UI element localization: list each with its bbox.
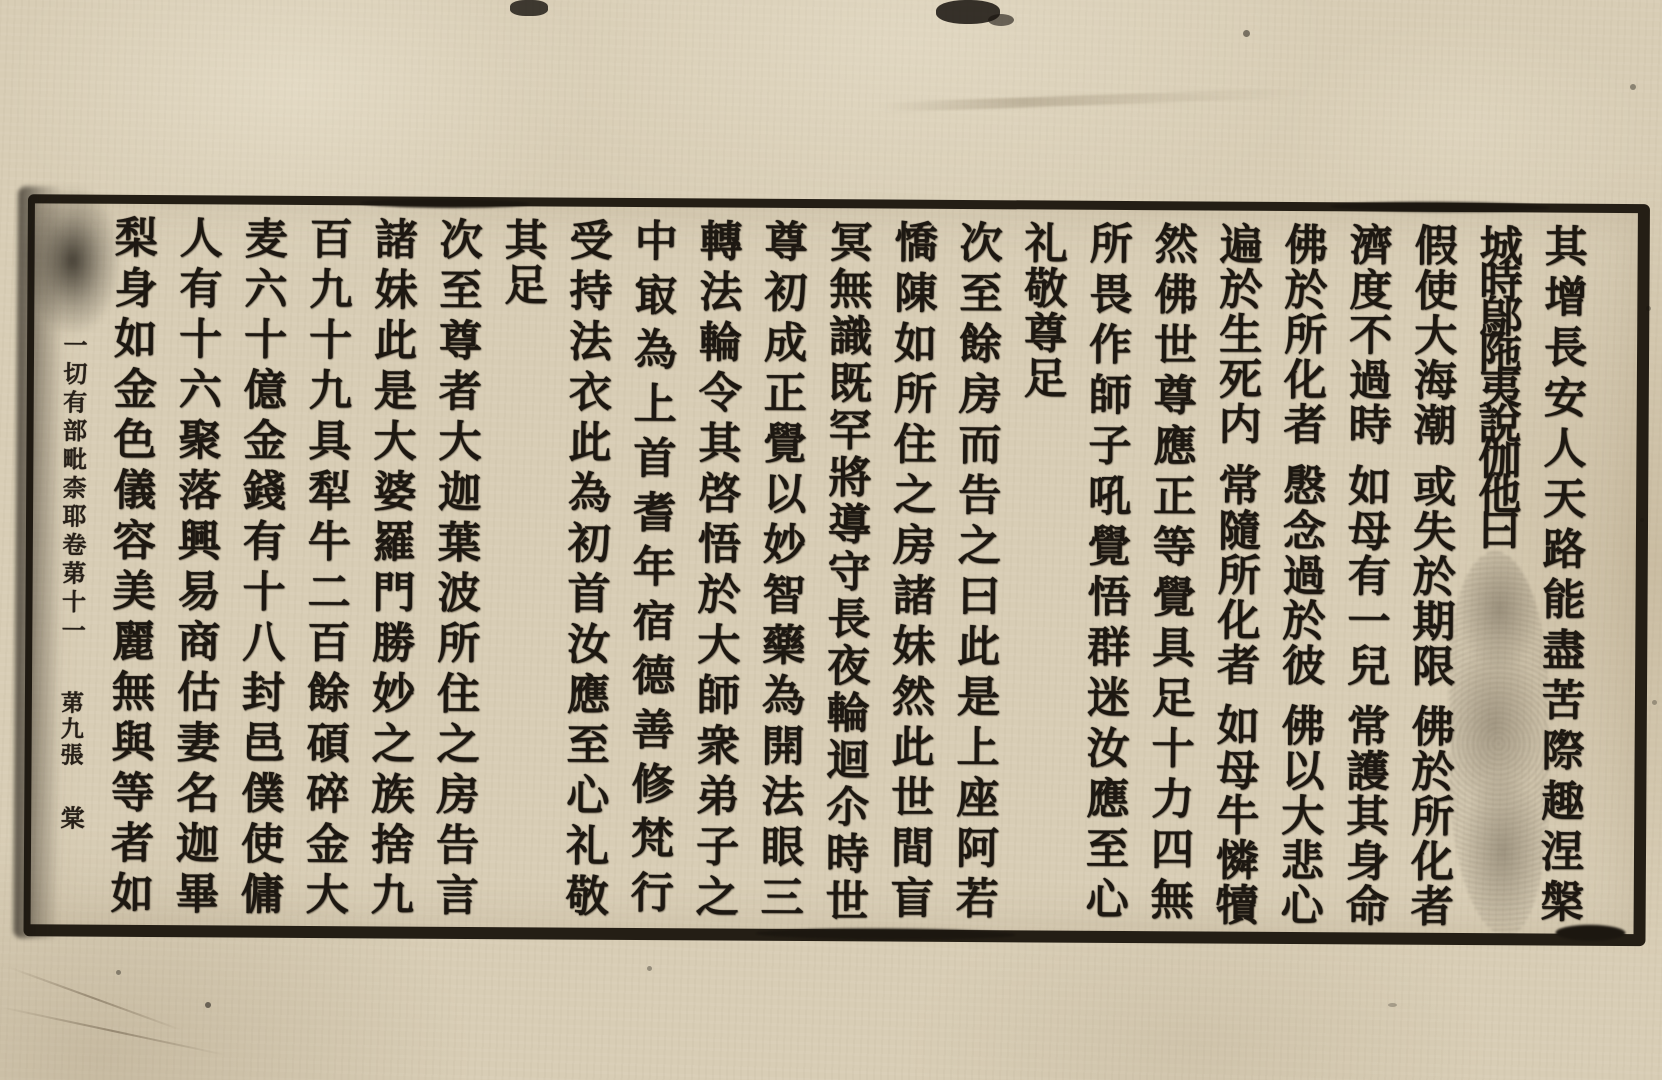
- sutra-column-4: 濟度不過時如母有一兒常護其身命: [1342, 222, 1389, 928]
- verse-segment: 佛以大悲心: [1274, 703, 1325, 928]
- verse-segment: 如母有一兒: [1340, 463, 1391, 688]
- verse-segment: 如母牛憐犢: [1209, 703, 1260, 928]
- ink-speck: [647, 966, 652, 971]
- sutra-column-15: 中㝡為上首耆年宿德善修梵行: [627, 218, 674, 924]
- ink-speck: [1640, 518, 1644, 522]
- manuscript-page: 其增長安人天路能盡苦際趣涅槃城時鄔陁夷說伽他曰假使大海潮或失於期限佛於所化者濟度…: [0, 0, 1662, 1080]
- verse-segment: 轉法輪令其啓悟於大師衆弟子之: [689, 218, 743, 924]
- sutra-column-6: 遍於生死内常隨所化者如母牛憐犢: [1212, 222, 1259, 928]
- sutra-column-2: 城時鄔陁夷說伽他曰: [1474, 223, 1519, 543]
- ink-speck: [116, 970, 121, 975]
- ink-speck: [1243, 30, 1250, 37]
- verse-segment: 諸妹此是大婆羅門勝妙之族捨九: [364, 216, 418, 922]
- verse-segment: 中㝡為上首耆年宿德善修梵行: [624, 218, 678, 924]
- verse-segment: 麦六十億金錢有十八封邑僕使傭: [234, 216, 288, 922]
- ink-speck: [510, 0, 548, 16]
- carver-mark: 棠: [58, 805, 82, 829]
- verse-segment: 礼敬尊足: [1017, 220, 1068, 400]
- verse-segment: 慇念過於彼: [1275, 463, 1326, 688]
- sutra-column-9: 礼敬尊足: [1020, 220, 1064, 400]
- verse-segment: 冥無識既罕將導守長夜輪迴尒時世: [819, 219, 873, 925]
- sutra-column-22: 人有十六聚落興易商估妻名迦畢: [172, 215, 219, 921]
- sutra-column-8: 所畏作師子吼覺悟群迷汝應至心: [1082, 221, 1129, 927]
- verse-segment: 尊初成正覺以妙智藥為開法眼三: [754, 219, 808, 925]
- verse-segment: 遍於生死内: [1211, 222, 1262, 447]
- sutra-column-5: 佛於所化者慇念過於彼佛以大悲心: [1277, 222, 1324, 928]
- sutra-column-14: 轉法輪令其啓悟於大師衆弟子之: [692, 218, 739, 924]
- ink-speck: [988, 14, 1014, 26]
- verse-segment: 所畏作師子吼覺悟群迷汝應至心: [1079, 221, 1133, 927]
- verse-segment: 然佛世尊應正等覺具足十力四無: [1144, 221, 1198, 927]
- ink-speck: [1646, 306, 1651, 311]
- verse-segment: 常隨所化者: [1210, 462, 1261, 687]
- verse-segment: 濟度不過時: [1341, 222, 1392, 447]
- verse-segment: 其足: [497, 217, 548, 307]
- sutra-column-17: 其足: [500, 217, 544, 307]
- verse-segment: 佛於所化者: [1404, 704, 1455, 929]
- sutra-column-12: 冥無識既罕將導守長夜輪迴尒時世: [822, 219, 869, 925]
- printed-block: 其增長安人天路能盡苦際趣涅槃城時鄔陁夷說伽他曰假使大海潮或失於期限佛於所化者濟度…: [0, 0, 1662, 1080]
- verse-segment: 城時鄔陁夷說伽他曰: [1471, 223, 1523, 543]
- sutra-column-16: 受持法衣此為初首汝應至心礼敬: [562, 218, 609, 924]
- verse-segment: 常護其身命: [1339, 704, 1390, 929]
- sutra-column-18: 次至尊者大迦葉波所住之房告言: [432, 217, 479, 923]
- verse-segment: 人有十六聚落興易商估妻名迦畢: [169, 215, 223, 921]
- sutra-title-line: 一切有部毗柰耶卷苐十一: [59, 332, 85, 646]
- sutra-column-10: 次至餘房而告之曰此是上座阿若: [952, 220, 999, 926]
- ink-speck: [205, 1002, 211, 1008]
- ink-speck: [1630, 84, 1636, 90]
- sutra-column-19: 諸妹此是大婆羅門勝妙之族捨九: [367, 216, 414, 922]
- verse-segment: 次至餘房而告之曰此是上座阿若: [949, 220, 1003, 926]
- colophon-column: 一切有部毗柰耶卷苐十一 苐九張 棠: [58, 332, 105, 852]
- sutra-column-13: 尊初成正覺以妙智藥為開法眼三: [757, 219, 804, 925]
- verse-segment: 百九十九具犁牛二百餘碩碎金大: [299, 216, 353, 922]
- verse-segment: 佛於所化者: [1276, 222, 1327, 447]
- verse-segment: 次至尊者大迦葉波所住之房告言: [429, 217, 483, 923]
- sutra-column-20: 百九十九具犁牛二百餘碩碎金大: [302, 216, 349, 922]
- sutra-column-3: 假使大海潮或失於期限佛於所化者: [1407, 223, 1454, 929]
- sutra-column-11: 憍陳如所住之房諸妹然此世間盲: [887, 220, 934, 926]
- corner-ink-blob: [23, 184, 122, 337]
- verse-segment: 憍陳如所住之房諸妹然此世間盲: [884, 220, 938, 926]
- ink-smudge: [1448, 551, 1550, 937]
- sheet-number: 苐九張: [58, 690, 81, 768]
- ink-speck: [1388, 1003, 1397, 1007]
- verse-segment: 假使大海潮: [1406, 223, 1457, 448]
- sutra-column-21: 麦六十億金錢有十八封邑僕使傭: [237, 216, 284, 922]
- ink-speck: [1652, 700, 1657, 705]
- sutra-column-7: 然佛世尊應正等覺具足十力四無: [1147, 221, 1194, 927]
- verse-segment: 受持法衣此為初首汝應至心礼敬: [559, 218, 613, 924]
